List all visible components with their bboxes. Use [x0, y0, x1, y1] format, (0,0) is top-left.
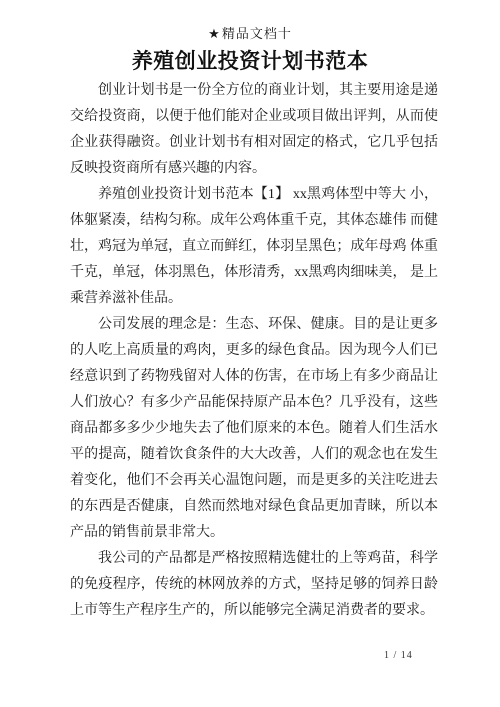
document-page: ★精品文档十 养殖创业投资计划书范本 创业计划书是一份全方位的商业计划，其主要用…	[0, 0, 500, 707]
document-header: ★精品文档十	[0, 23, 500, 42]
document-body: 创业计划书是一份全方位的商业计划，其主要用途是递交给投资商，以便于他们能对企业或…	[70, 78, 438, 624]
star-icon: ★	[208, 26, 221, 41]
paragraph-company-concept: 公司发展的理念是：生态、环保、健康。目的是让更多的人吃上高质量的鸡肉，更多的绿色…	[70, 312, 438, 546]
document-title: 养殖创业投资计划书范本	[0, 45, 500, 75]
header-label: 精品文档十	[222, 26, 292, 41]
paragraph-intro: 创业计划书是一份全方位的商业计划，其主要用途是递交给投资商，以便于他们能对企业或…	[70, 78, 438, 182]
paragraph-sample-1: 养殖创业投资计划书范本【1】 xx黑鸡体型中等大 小，体躯紧凑，结构匀称。成年公…	[70, 182, 438, 312]
paragraph-production: 我公司的产品都是严格按照精选健壮的上等鸡苗，科学的免疫程序，传统的林网放养的方式…	[70, 546, 438, 624]
page-number: 1 / 14	[384, 650, 413, 661]
